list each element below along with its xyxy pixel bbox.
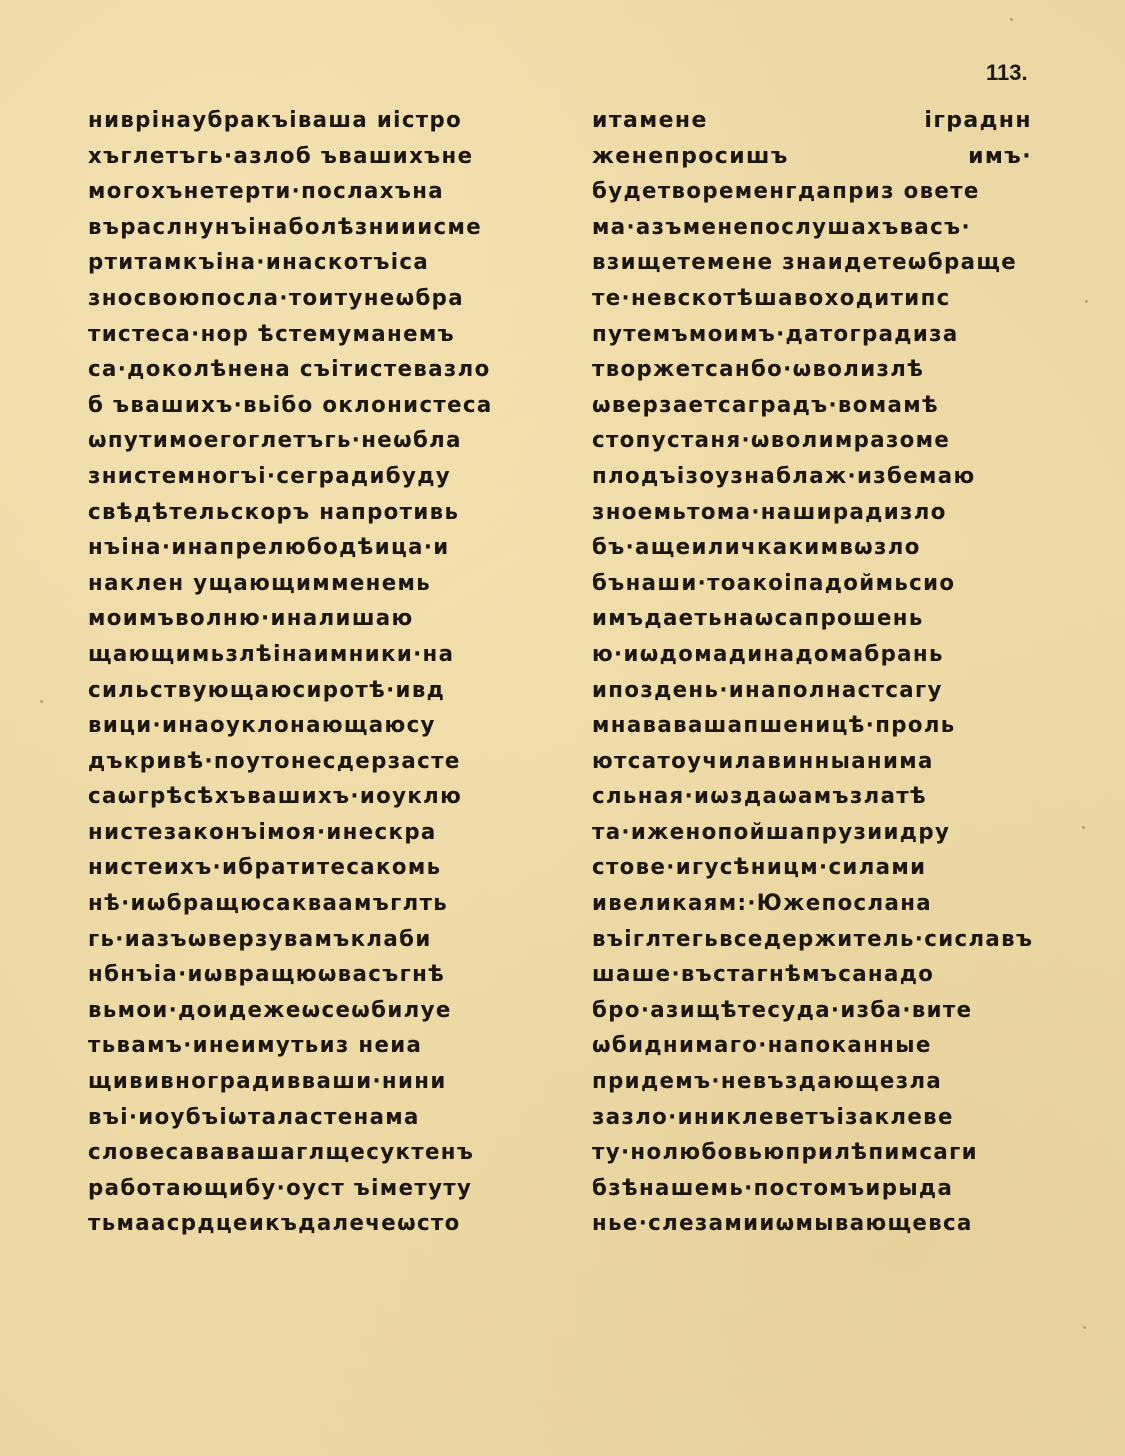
text-line: шаше·въстагнѣмъсанадо [592,957,1047,993]
text-line: гь·иазъѡверзувамъклаби [88,922,543,958]
text-line: са·доколѣнена съітистевазло [88,352,543,388]
text-line: б ъвашихъ·вьібо оклонистеса [88,388,543,424]
text-line: бро·азищѣтесуда·изба·вите [592,993,1047,1029]
text-line: щающимьзлѣінаимники·на [88,637,543,673]
text-line: дъкривѣ·поутонесдерзасте [88,744,543,780]
text-line: будетвоременгдаприз овете [592,174,1047,210]
text-fragment-right: имъ· [968,139,1032,175]
text-line: свѣдѣтельскоръ напротивь [88,495,543,531]
text-line: взищетемене знаидетеѡбраще [592,245,1047,281]
text-line: нистезаконъімоя·инескра [88,815,543,851]
text-line: ивеликаям:·Южепослана [592,886,1047,922]
text-line: въіглтегьвседержитель·сиславъ [592,922,1047,958]
text-line: тистеса·нор ѣстемуманемъ [88,317,543,353]
text-line: вьмои·доидежеѡсеѡбилуе [88,993,543,1029]
text-line: зазло·иниклеветъізаклеве [592,1100,1047,1136]
text-line: тьмаасрдцеикъдалечеѡсто [88,1206,543,1242]
text-line: работающибу·оуст ъіметуту [88,1171,543,1207]
text-line: придемъ·невъздающезла [592,1064,1047,1100]
text-line: та·иженопойшапрузиидру [592,815,1047,851]
text-line: хъглетъгь·азлоб ъвашихъне [88,139,543,175]
text-fragment-right: іграднн [924,103,1032,139]
paper-speck [1010,18,1013,21]
text-line: стове·игусѣницм·силами [592,850,1047,886]
text-line: имъдаетьнаѡсапрошень [592,601,1047,637]
text-line: тьвамъ·инеимутьиз неиа [88,1028,543,1064]
paper-speck [1085,300,1088,303]
text-line: зносвоюпосла·тоитунеѡбра [88,281,543,317]
text-line: нѣ·иѡбращюсакваамъглть [88,886,543,922]
text-line: бънаши·тоакоіпадоймьсио [592,566,1047,602]
text-line: бзѣнашемь·постомъирыда [592,1171,1047,1207]
text-line-damaged: женепросишъ имъ· [592,139,1032,175]
text-line-damaged: итамене іграднн [592,103,1032,139]
text-line: зноемьтома·наширадизло [592,495,1047,531]
right-text-column: итамене іграднн женепросишъ имъ· будетво… [592,103,1062,1242]
text-line: ѡбиднимаго·напоканные [592,1028,1047,1064]
text-line: творжетсанбо·ѡволизлѣ [592,352,1047,388]
text-line: сльная·иѡздаѡамъзлатѣ [592,779,1047,815]
text-line: ниврінаубракъіваша иістро [88,103,543,139]
text-line: щививноградивваши·нини [88,1064,543,1100]
text-line: путемъмоимъ·датоградиза [592,317,1047,353]
text-line: въраслнунъінаболѣзнииисме [88,210,543,246]
text-line: плодъізоузнаблаж·избемаю [592,459,1047,495]
text-line: ту·нолюбовьюприлѣпимсаги [592,1135,1047,1171]
text-line: моимъволню·иналишаю [88,601,543,637]
text-line: ѡверзаетсаградъ·вомамѣ [592,388,1047,424]
text-line: сильствующаюсиротѣ·ивд [88,673,543,709]
text-fragment-left: женепросишъ [592,139,789,175]
left-text-column: ниврінаубракъіваша иістро хъглетъгь·азло… [88,103,558,1242]
text-line: мнававашапшеницѣ·проль [592,708,1047,744]
text-line: словесававашаглщесуктенъ [88,1135,543,1171]
text-line: въі·иоубъіѡталастенама [88,1100,543,1136]
paper-speck [1082,826,1085,829]
paper-speck [40,700,43,703]
text-line: ѡпутимоегоглетъгь·неѡбла [88,423,543,459]
text-line: нъіна·инапрелюбодѣица·и [88,530,543,566]
text-line: ипоздень·инаполнастсагу [592,673,1047,709]
text-line: ю·иѡдомадинадомабрань [592,637,1047,673]
text-line: саѡгрѣсѣхъвашихъ·иоуклю [88,779,543,815]
manuscript-page: 113. ниврінаубракъіваша иістро хъглетъгь… [0,0,1125,1456]
text-fragment-left: итамене [592,103,708,139]
text-line: знистемногъі·сеградибуду [88,459,543,495]
text-line: стопустаня·ѡволимразоме [592,423,1047,459]
text-line: ютсатоучилавинныанима [592,744,1047,780]
text-line: могохънетерти·послахъна [88,174,543,210]
page-number: 113. [986,60,1028,86]
text-line: бъ·ащеиличкакимвѡзло [592,530,1047,566]
text-line: наклен ущающимменемь [88,566,543,602]
text-line: те·невскотѣшавоходитипс [592,281,1047,317]
text-line: вици·инаоуклонающаюсу [88,708,543,744]
paper-speck [1083,1326,1086,1329]
text-line: нистеихъ·ибратитесакомь [88,850,543,886]
text-line: ма·азъменепослушахъвасъ· [592,210,1047,246]
text-line: нбнъіа·иѡвращюѡвасъгнѣ [88,957,543,993]
text-line: ртитамкъіна·инаскотъіса [88,245,543,281]
text-line: нье·слезамииѡмывающевса [592,1206,1047,1242]
